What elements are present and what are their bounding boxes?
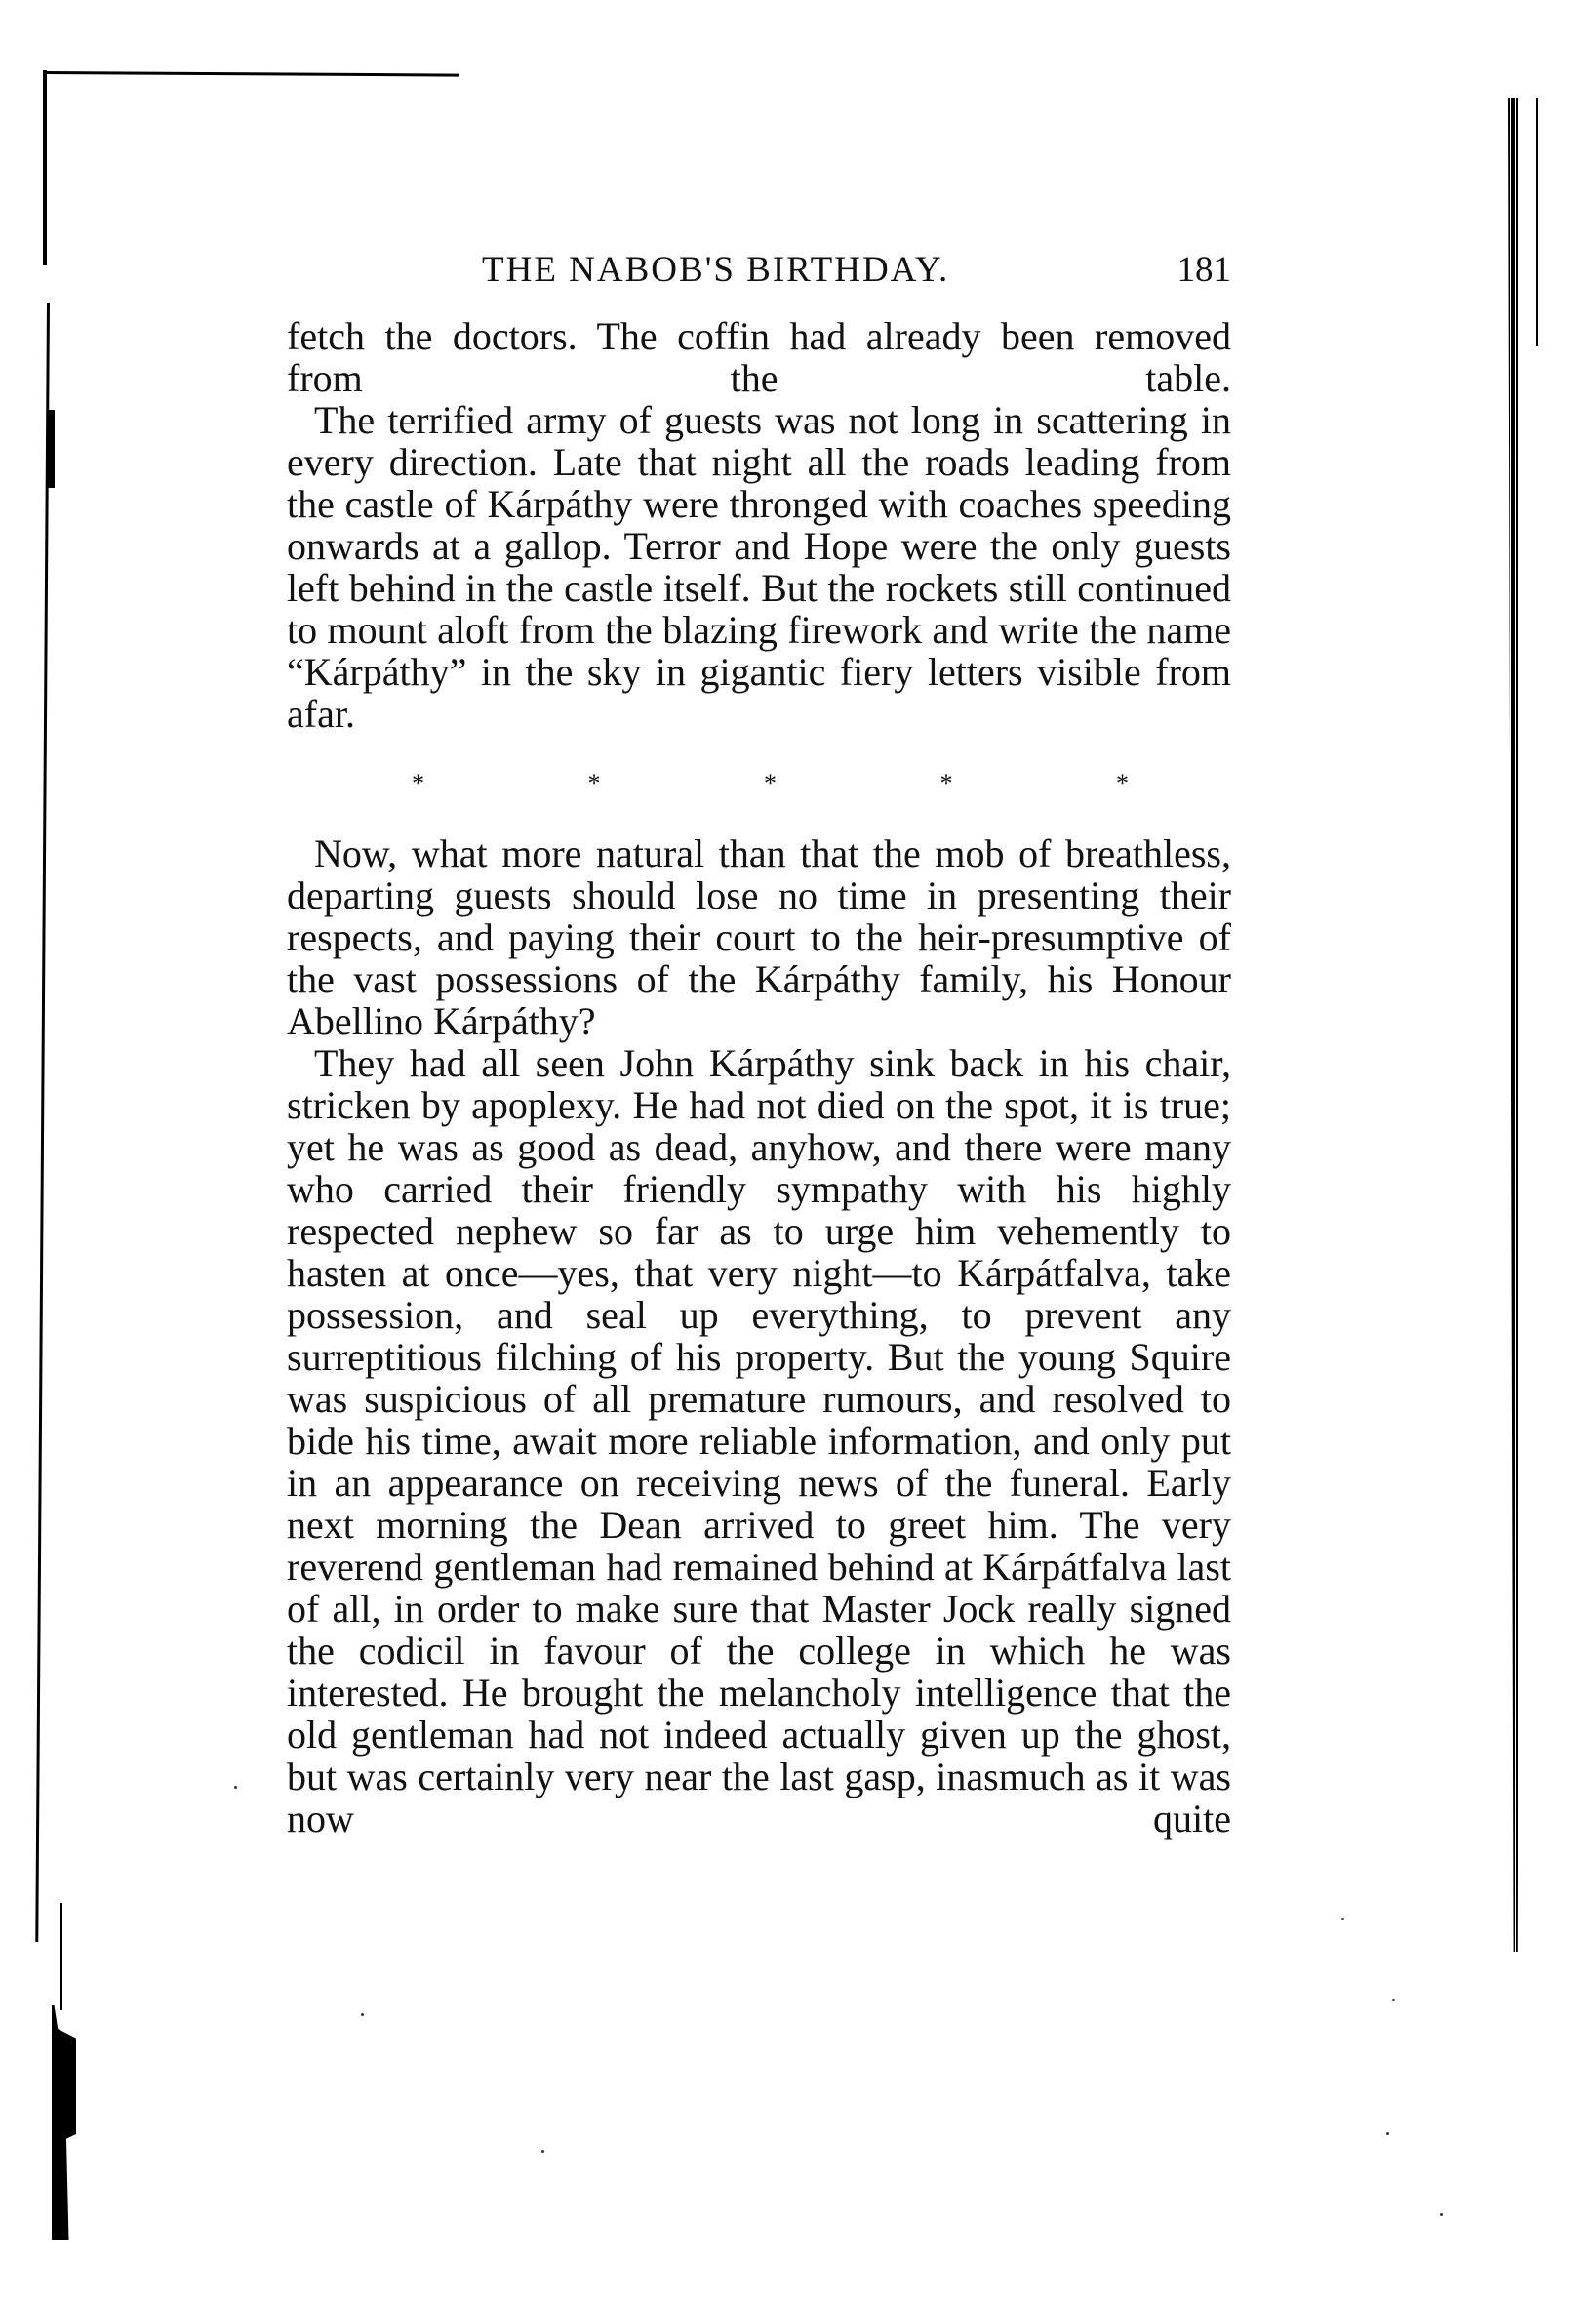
scan-mark-left-stem xyxy=(60,1903,62,2010)
scan-binding-shadow xyxy=(52,2005,76,2240)
scan-speck xyxy=(1440,2213,1443,2216)
scan-border-top xyxy=(44,71,459,77)
asterisk-ornament: * xyxy=(940,769,953,798)
asterisk-ornament: * xyxy=(764,769,777,798)
section-break: * * * * * xyxy=(287,764,1231,803)
scan-speck xyxy=(1386,2132,1389,2135)
paragraph: The terrified army of guests was not lon… xyxy=(287,399,1231,735)
scan-speck xyxy=(1392,1999,1395,2001)
scan-speck xyxy=(1341,1918,1344,1920)
paragraph: Now, what more natural than that the mob… xyxy=(287,832,1231,1042)
scan-page-edge-right-thin xyxy=(1536,98,1538,346)
asterisk-ornament: * xyxy=(588,769,601,798)
scan-speck xyxy=(234,1786,237,1789)
scan-speck xyxy=(541,2150,544,2153)
book-page: THE NABOB'S BIRTHDAY. 181 fetch the doct… xyxy=(287,249,1231,1839)
running-header: THE NABOB'S BIRTHDAY. 181 xyxy=(287,249,1231,307)
paragraph: They had all seen John Kárpáthy sink bac… xyxy=(287,1042,1231,1839)
page-number: 181 xyxy=(1177,249,1232,291)
scan-border-left xyxy=(35,303,50,1942)
running-title: THE NABOB'S BIRTHDAY. xyxy=(482,249,949,291)
asterisk-ornament: * xyxy=(412,769,424,798)
scan-speck xyxy=(361,2013,364,2016)
scan-page-edge-right xyxy=(1508,98,1522,1952)
scan-mark-left xyxy=(47,410,55,488)
scan-border-corner xyxy=(43,70,47,265)
asterisk-ornament: * xyxy=(1116,769,1129,798)
paragraph: fetch the doctors. The coffin had alread… xyxy=(287,315,1231,399)
